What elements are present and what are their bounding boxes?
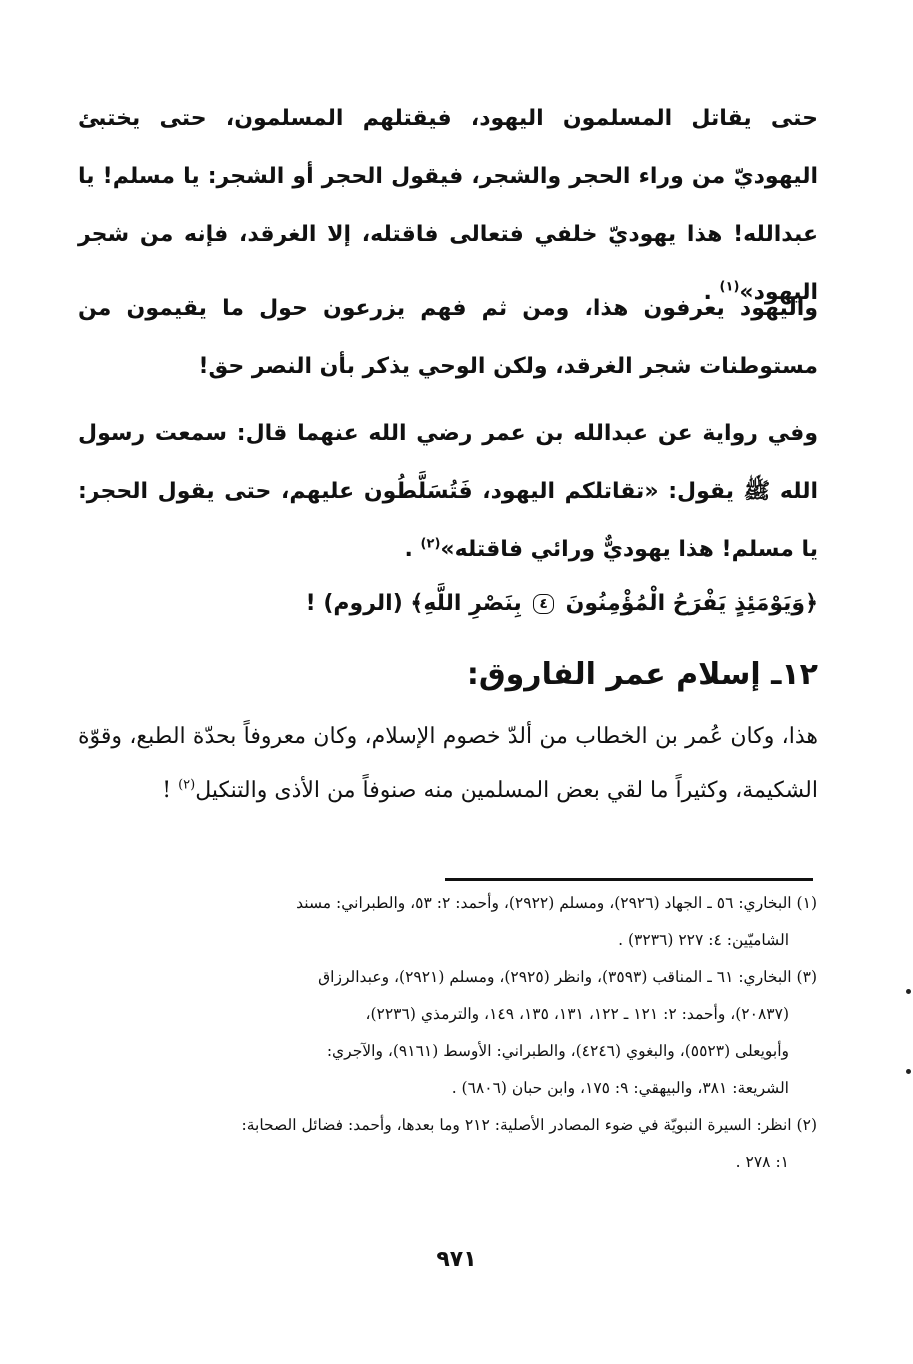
footnote-3: (٣) البخاري: ٦١ ـ المناقب (٣٥٩٣)، وانظر … <box>92 959 817 1107</box>
verse-text-before: وَيَوْمَئِذٍ يَفْرَحُ الْمُؤْمِنُونَ <box>566 591 806 616</box>
section-number: ١٢ <box>781 657 818 692</box>
book-page: حتى يقاتل المسلمون اليهود، فيقتلهم المسل… <box>0 0 913 1364</box>
footnote-line: الشريعة: ٣٨١، والبيهقي: ٩: ١٧٥، وابن حبا… <box>92 1070 817 1107</box>
footnote-ref[interactable]: (٢) <box>178 778 195 793</box>
footnote-line: ١: ٢٧٨ . <box>92 1144 817 1181</box>
paragraph-settlements: واليهود يعرفون هذا، ومن ثم فهم يزرعون حو… <box>78 280 818 396</box>
footnote-line: الشاميّين: ٤: ٢٢٧ (٣٢٣٦) . <box>92 922 817 959</box>
page-number: ٩٧١ <box>0 1247 913 1272</box>
footnote-marker: (١) <box>797 894 817 912</box>
footnote-ref[interactable]: (٢) <box>421 537 441 552</box>
ayah-number-badge: ٤ <box>533 594 554 614</box>
paragraph-text: حتى يقاتل المسلمون اليهود، فيقتلهم المسل… <box>78 106 818 305</box>
footnotes: (١) البخاري: ٥٦ ـ الجهاد (٢٩٢٦)، ومسلم (… <box>92 885 817 1181</box>
punctuation: . <box>405 537 421 562</box>
margin-dot-mark <box>906 1069 911 1074</box>
footnote-line: وأبويعلى (٥٥٢٣)، والبغوي (٤٢٤٦)، والطبرا… <box>92 1033 817 1070</box>
paragraph-text: وفي رواية عن عبدالله بن عمر رضي الله عنه… <box>78 421 818 562</box>
paragraph-umar-description: هذا، وكان عُمر بن الخطاب من ألدّ خصوم ال… <box>78 710 818 818</box>
footnote-marker: (٢) <box>797 1116 817 1134</box>
quran-verse: ﴿وَيَوْمَئِذٍ يَفْرَحُ الْمُؤْمِنُونَ ٤ … <box>78 575 818 633</box>
footnote-marker: (٣) <box>797 968 817 986</box>
footnote-separator <box>445 878 813 881</box>
verse-open-bracket: ﴿ <box>805 591 818 616</box>
footnote-1: (١) البخاري: ٥٦ ـ الجهاد (٢٩٢٦)، ومسلم (… <box>92 885 817 959</box>
verse-close-bracket: ﴾ <box>410 591 423 616</box>
section-heading: ١٢ـ إسلام عمر الفاروق: <box>467 650 818 700</box>
footnote-line: البخاري: ٥٦ ـ الجهاد (٢٩٢٦)، ومسلم (٢٩٢٢… <box>296 894 791 912</box>
footnote-line: البخاري: ٦١ ـ المناقب (٣٥٩٣)، وانظر (٢٩٢… <box>318 968 791 986</box>
footnote-2: (٢) انظر: السيرة النبويّة في ضوء المصادر… <box>92 1107 817 1181</box>
footnote-line: (٢٠٨٣٧)، وأحمد: ٢: ١٢١ ـ ١٢٢، ١٣١، ١٣٥، … <box>92 996 817 1033</box>
surah-name: (الروم) ! <box>306 591 403 616</box>
section-title: ـ إسلام عمر الفاروق: <box>467 657 782 692</box>
paragraph-text: واليهود يعرفون هذا، ومن ثم فهم يزرعون حو… <box>78 296 818 379</box>
footnote-line: انظر: السيرة النبويّة في ضوء المصادر الأ… <box>241 1116 791 1134</box>
punctuation: ! <box>162 778 178 803</box>
verse-text-after: بِنَصْرِ اللَّهِ <box>423 591 521 616</box>
margin-dot-mark <box>906 989 911 994</box>
paragraph-ibn-umar-narration: وفي رواية عن عبدالله بن عمر رضي الله عنه… <box>78 405 818 579</box>
